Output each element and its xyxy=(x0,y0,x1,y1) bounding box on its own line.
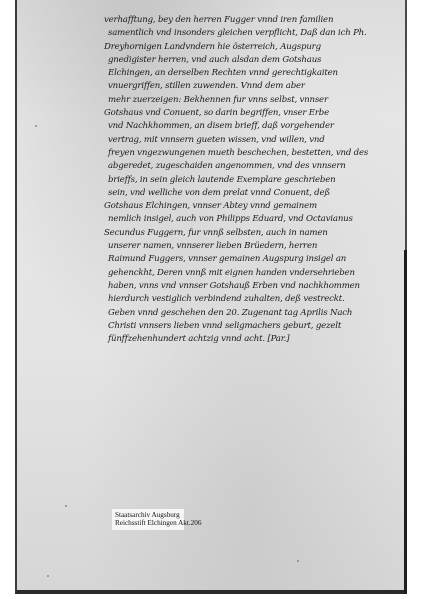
paper-speck xyxy=(47,575,49,577)
handwritten-text-block: verhafftung, bey den herren Fugger vnnd … xyxy=(104,14,410,346)
handwritten-line: nemlich insigel, auch von Philipps Eduar… xyxy=(104,214,410,227)
paper-speck xyxy=(35,125,37,127)
handwritten-line: vertrag, mit vnnsern gueten wissen, vnd … xyxy=(104,134,410,147)
handwritten-line: vnuergriffen, stillen zuwenden. Vnnd dem… xyxy=(104,81,410,94)
archive-label: Staatsarchiv Augsburg Reichsstift Elchin… xyxy=(112,509,184,530)
handwritten-line: Christi vnnsers lieben vnnd seligmachers… xyxy=(104,320,410,333)
handwritten-line: Dreyhornigen Landvndern hie österreich, … xyxy=(104,41,410,54)
handwritten-line: Raimund Fuggers, vnnser gemainen Augspur… xyxy=(104,254,410,267)
handwritten-line: unserer namen, vnnserer lieben Brüedern,… xyxy=(104,240,410,253)
handwritten-line: hierdurch vestiglich verbindend zuhalten… xyxy=(104,294,410,307)
handwritten-line: samentlich vnd insonders gleichen verpfl… xyxy=(104,28,410,41)
archive-label-line-1: Staatsarchiv Augsburg xyxy=(115,511,181,519)
handwritten-line: sein, vnd welliche von dem prelat vnnd C… xyxy=(104,187,410,200)
handwritten-line: brieffs, in sein gleich lautende Exempla… xyxy=(104,174,410,187)
handwritten-line: abgeredet, zugeschaiden angenommen, vnd … xyxy=(104,161,410,174)
handwritten-line: mehr zuerzeigen: Bekhennen fur vnns selb… xyxy=(104,94,410,107)
archive-label-line-2: Reichsstift Elchingen Akt.206 xyxy=(115,519,181,527)
handwritten-line: Elchingen, an derselben Rechten vnnd ger… xyxy=(104,68,410,81)
handwritten-line: Geben vnnd geschehen den 20. Zugenant ta… xyxy=(104,307,410,320)
handwritten-line: haben, vnns vnd vnnser Gotshauß Erben vn… xyxy=(104,280,410,293)
handwritten-line: vnd Nachkhommen, an disem brieff, daß vo… xyxy=(104,121,410,134)
paper-speck xyxy=(65,505,67,507)
handwritten-line: gehenckht, Deren vnnß mit eignen handen … xyxy=(104,267,410,280)
document-scan: verhafftung, bey den herren Fugger vnnd … xyxy=(0,0,423,599)
handwritten-line: verhafftung, bey den herren Fugger vnnd … xyxy=(104,14,410,27)
handwritten-line: Secundus Fuggern, fur vnnß selbsten, auc… xyxy=(104,227,410,240)
handwritten-line: freyen vngezwungenen mueth beschechen, b… xyxy=(104,147,410,160)
handwritten-line: fünffzehenhundert achtzig vnnd acht. [Pa… xyxy=(104,333,410,346)
handwritten-line: Gotshaus vnd Conuent, so darin begriffen… xyxy=(104,107,410,120)
paper-speck xyxy=(297,560,299,562)
handwritten-line: Gotshaus Elchingen, vnnser Abtey vnnd ge… xyxy=(104,200,410,213)
handwritten-line: gnedigister herren, vnd auch alsdan dem … xyxy=(104,54,410,67)
